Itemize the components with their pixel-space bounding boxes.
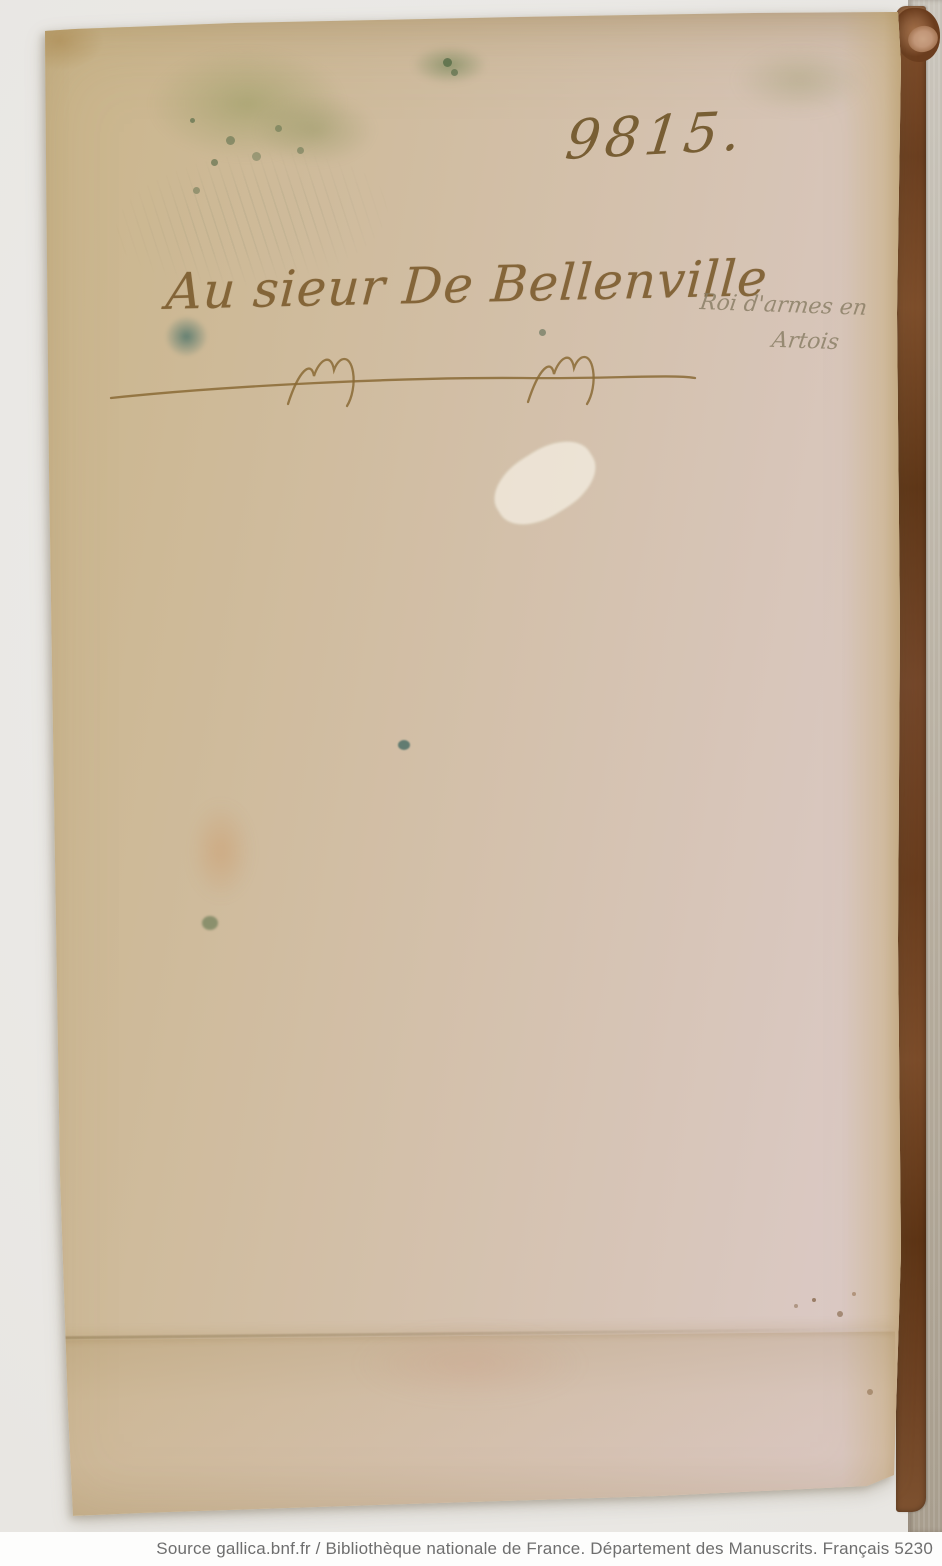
manuscript-scan: 9815. Au sieur De Bellenville Roi d'arme… [0, 0, 942, 1566]
attribution-bar: Source gallica.bnf.fr / Bibliothèque nat… [0, 1532, 942, 1566]
teal-ink-dot [398, 740, 410, 750]
brown-specks [812, 1298, 816, 1302]
bottom-fold-region [47, 1332, 897, 1516]
rust-stain [190, 802, 252, 900]
handwritten-shelfmark: 9815. [562, 99, 749, 172]
mold-dots [190, 118, 195, 123]
green-ink-dot [202, 916, 218, 930]
parchment-page: 9815. Au sieur De Bellenville Roi d'arme… [0, 0, 942, 1566]
ink-flourish-underline [103, 344, 703, 412]
parchment-page-wrap: 9815. Au sieur De Bellenville Roi d'arme… [0, 0, 942, 1566]
attribution-text: Source gallica.bnf.fr / Bibliothèque nat… [156, 1539, 933, 1559]
mold-stain-top-right [735, 48, 865, 113]
handwritten-annotation-line2: Artois [770, 328, 840, 355]
mold-stain-top-center [412, 46, 487, 84]
